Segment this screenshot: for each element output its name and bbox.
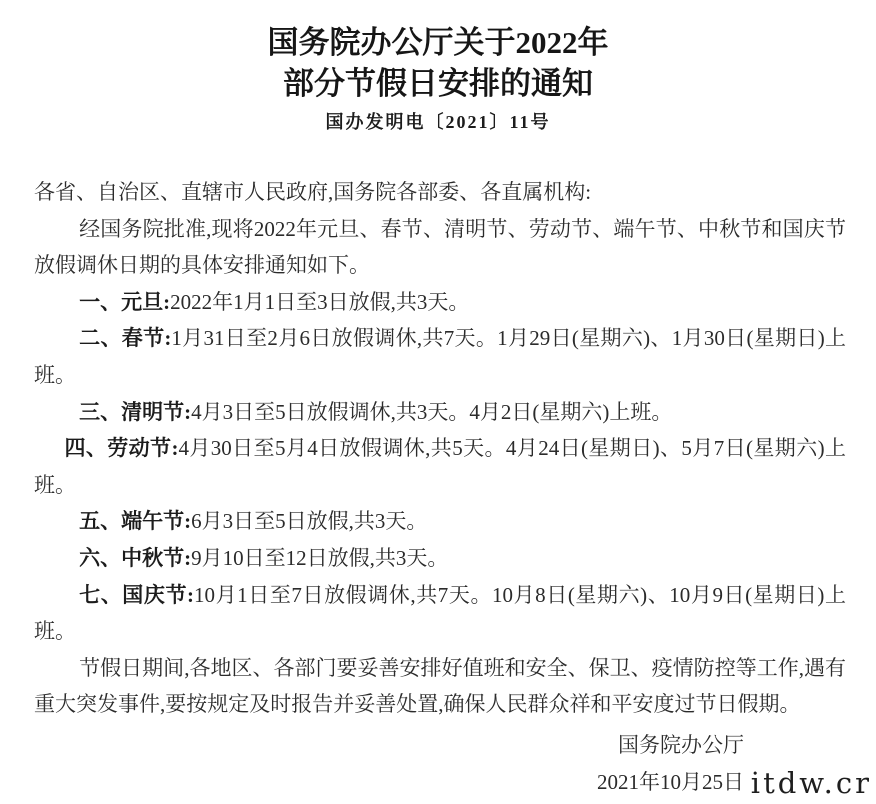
document-page: 国务院办公厅关于2022年 部分节假日安排的通知 国办发明电〔2021〕11号 … (0, 0, 876, 804)
document-number: 国办发明电〔2021〕11号 (0, 111, 876, 133)
holiday-item-label: 二、春节: (79, 326, 171, 350)
holiday-item-text: 2022年1月1日至3日放假,共3天。 (170, 290, 469, 314)
document-title-line1: 国务院办公厅关于2022年 (0, 22, 876, 63)
document-body: 各省、自治区、直辖市人民政府,国务院各部委、各直属机构: 经国务院批准,现将20… (34, 174, 846, 723)
holiday-item-dragon-boat: 五、端午节:6月3日至5日放假,共3天。 (34, 503, 846, 540)
holiday-item-label: 四、劳动节: (64, 436, 178, 460)
watermark: itdw.cr (751, 769, 872, 798)
holiday-item-spring-festival: 二、春节:1月31日至2月6日放假调休,共7天。1月29日(星期六)、1月30日… (34, 320, 846, 393)
closing-paragraph: 节假日期间,各地区、各部门要妥善安排好值班和安全、保卫、疫情防控等工作,遇有重大… (34, 650, 846, 723)
holiday-item-national-day: 七、国庆节:10月1日至7日放假调休,共7天。10月8日(星期六)、10月9日(… (34, 577, 846, 650)
holiday-item-text: 6月3日至5日放假,共3天。 (191, 509, 427, 533)
holiday-item-label: 七、国庆节: (79, 583, 194, 607)
signature-name: 国务院办公厅 (0, 727, 744, 764)
signature-date: 2021年10月25日 (0, 764, 744, 801)
holiday-item-label: 五、端午节: (79, 509, 191, 533)
document-title: 国务院办公厅关于2022年 部分节假日安排的通知 (0, 22, 876, 104)
holiday-item-label: 一、元旦: (79, 290, 170, 314)
holiday-item-label: 三、清明节: (79, 400, 191, 424)
signature-block: 国务院办公厅 2021年10月25日 (0, 727, 876, 801)
holiday-item-label: 六、中秋节: (79, 546, 191, 570)
holiday-item-text: 9月10日至12日放假,共3天。 (191, 546, 448, 570)
holiday-item-new-year: 一、元旦:2022年1月1日至3日放假,共3天。 (34, 284, 846, 321)
holiday-item-text: 4月3日至5日放假调休,共3天。4月2日(星期六)上班。 (191, 400, 672, 424)
holiday-item-qingming: 三、清明节:4月3日至5日放假调休,共3天。4月2日(星期六)上班。 (34, 394, 846, 431)
holiday-item-mid-autumn: 六、中秋节:9月10日至12日放假,共3天。 (34, 540, 846, 577)
intro-paragraph: 经国务院批准,现将2022年元旦、春节、清明节、劳动节、端午节、中秋节和国庆节放… (34, 211, 846, 284)
salutation: 各省、自治区、直辖市人民政府,国务院各部委、各直属机构: (34, 174, 846, 211)
document-title-line2: 部分节假日安排的通知 (0, 63, 876, 104)
holiday-item-labor-day: 四、劳动节:4月30日至5月4日放假调休,共5天。4月24日(星期日)、5月7日… (34, 430, 846, 503)
